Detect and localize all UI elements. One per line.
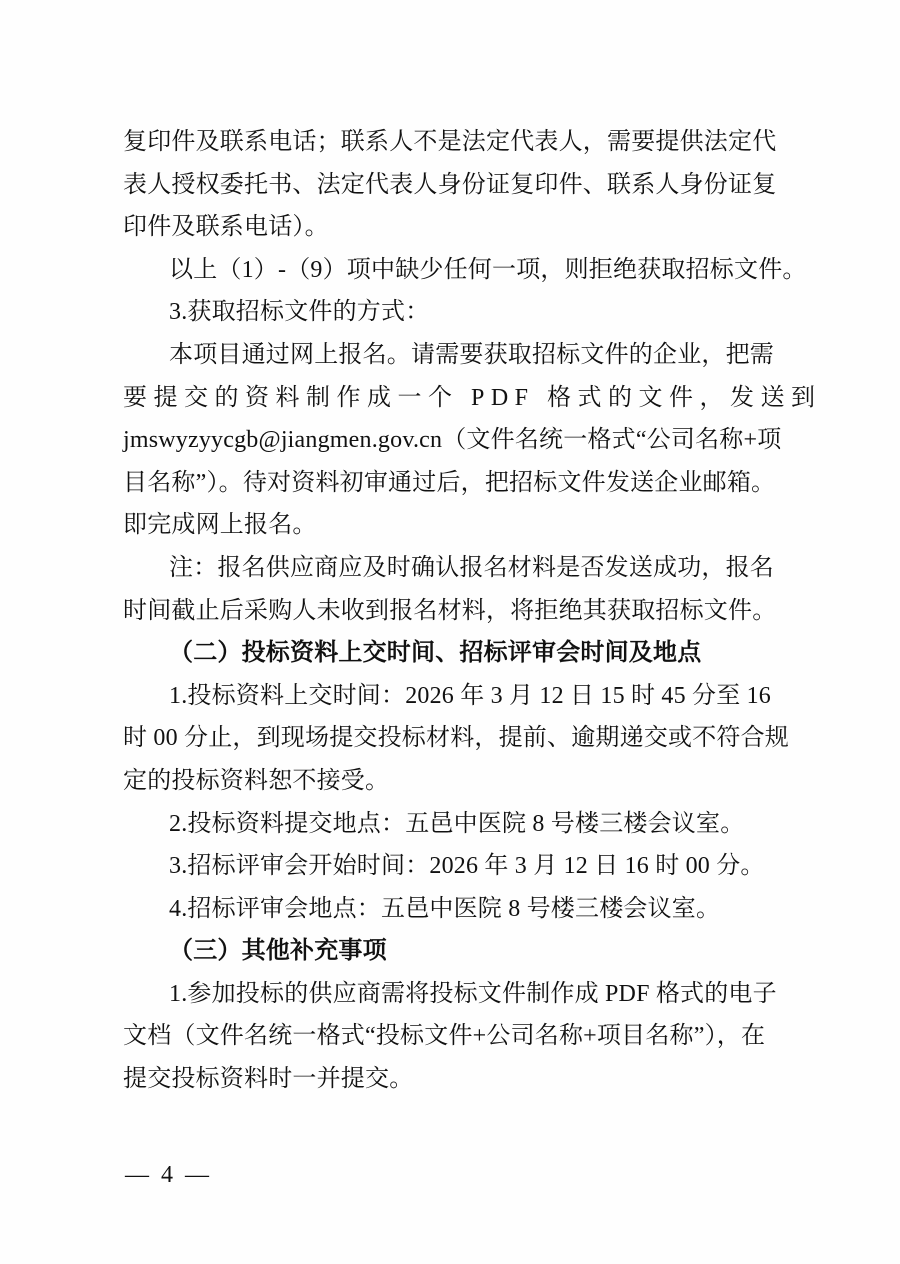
text-line: 1.参加投标的供应商需将投标文件制作成 PDF 格式的电子: [123, 973, 787, 1016]
text-line: 3.招标评审会开始时间：2026 年 3 月 12 日 16 时 00 分。: [123, 845, 787, 888]
text-line: 本项目通过网上报名。请需要获取招标文件的企业，把需: [123, 334, 787, 377]
text-line: 要提交的资料制作成一个 PDF 格式的文件，发送到: [123, 377, 787, 420]
text-line: 印件及联系电话）。: [123, 206, 787, 249]
text-line: 目名称”）。待对资料初审通过后，把招标文件发送企业邮箱。: [123, 462, 787, 505]
text-line: 提交投标资料时一并提交。: [123, 1058, 787, 1101]
section-heading: （三）其他补充事项: [123, 930, 787, 973]
text-line: 1.投标资料上交时间：2026 年 3 月 12 日 15 时 45 分至 16: [123, 675, 787, 718]
text-line: 时间截止后采购人未收到报名材料，将拒绝其获取招标文件。: [123, 590, 787, 633]
text-line: 时 00 分止，到现场提交投标材料，提前、逾期递交或不符合规: [123, 717, 787, 760]
text-line: 复印件及联系电话；联系人不是法定代表人，需要提供法定代: [123, 121, 787, 164]
text-line: 即完成网上报名。: [123, 504, 787, 547]
text-line: 3.获取招标文件的方式：: [123, 291, 787, 334]
text-line: 注：报名供应商应及时确认报名材料是否发送成功，报名: [123, 547, 787, 590]
page-number: — 4 —: [125, 1160, 212, 1190]
text-line: jmswyzyycgb@jiangmen.gov.cn（文件名统一格式“公司名称…: [123, 419, 787, 462]
text-line: 定的投标资料恕不接受。: [123, 760, 787, 803]
text-line: 2.投标资料提交地点：五邑中医院 8 号楼三楼会议室。: [123, 803, 787, 846]
text-line: 文档（文件名统一格式“投标文件+公司名称+项目名称”），在: [123, 1015, 787, 1058]
text-line: 表人授权委托书、法定代表人身份证复印件、联系人身份证复: [123, 164, 787, 207]
text-line: 4.招标评审会地点：五邑中医院 8 号楼三楼会议室。: [123, 888, 787, 931]
text-line: 以上（1）-（9）项中缺少任何一项，则拒绝获取招标文件。: [123, 249, 787, 292]
section-heading: （二）投标资料上交时间、招标评审会时间及地点: [123, 632, 787, 675]
text-block: 复印件及联系电话；联系人不是法定代表人，需要提供法定代 表人授权委托书、法定代表…: [123, 121, 787, 1101]
document-page: 复印件及联系电话；联系人不是法定代表人，需要提供法定代 表人授权委托书、法定代表…: [0, 0, 900, 1264]
